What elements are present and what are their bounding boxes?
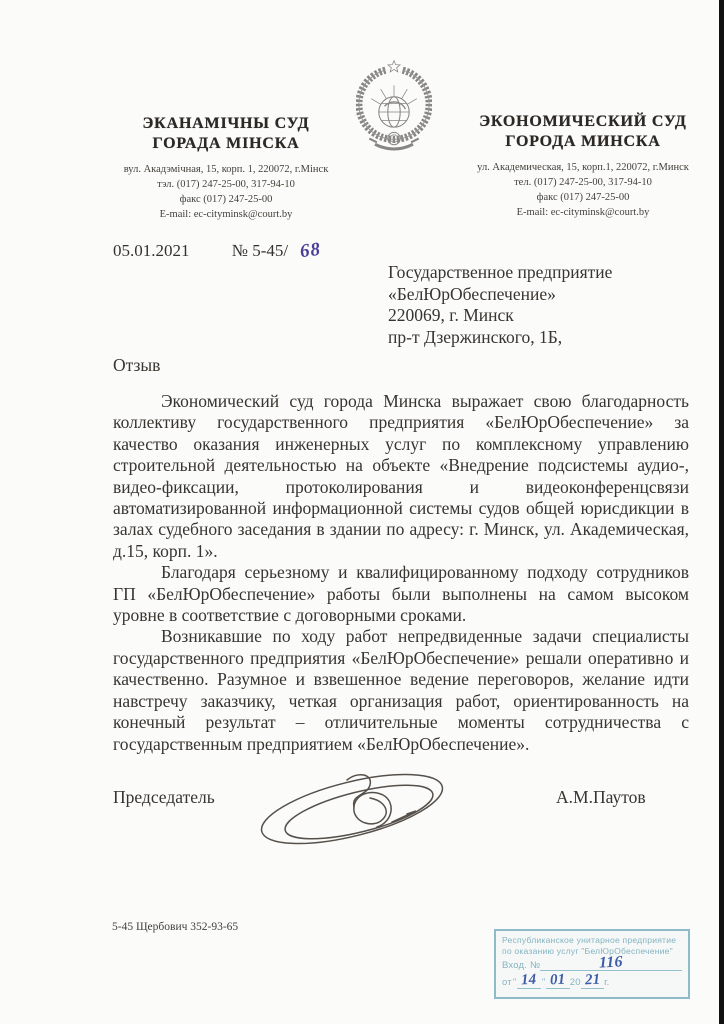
court-name-ru-line2: ГОРОДА МИНСКА bbox=[452, 132, 714, 152]
address-line: тел. (017) 247-25-00, 317-94-10 bbox=[452, 175, 714, 190]
address-line: ул. Академическая, 15, корп.1, 220072, г… bbox=[452, 160, 714, 175]
stamp-incoming-row: Вход. № 116 bbox=[502, 956, 682, 971]
stamp-year-line: 21 bbox=[581, 973, 604, 989]
address-line: факс (017) 247-25-00 bbox=[452, 190, 714, 205]
letter-date: 05.01.2021 bbox=[113, 241, 190, 260]
incoming-registration-stamp: Республиканское унитарное предприятие по… bbox=[494, 929, 690, 999]
handwritten-signature bbox=[252, 760, 457, 855]
letterhead-belarusian: ЭКАНАМІЧНЫ СУД ГОРАДА МІНСКА вул. Акадэм… bbox=[95, 114, 357, 222]
stamp-date-row: от " 14 " 01 20 21 г. bbox=[502, 973, 682, 989]
court-address-ru: ул. Академическая, 15, корп.1, 220072, г… bbox=[452, 160, 714, 220]
addressee-line: «БелЮрОбеспечение» bbox=[388, 284, 612, 306]
court-name-ru-line1: ЭКОНОМИЧЕСКИЙ СУД bbox=[452, 112, 714, 132]
address-line: факс (017) 247-25-00 bbox=[95, 192, 357, 207]
signer-position: Председатель bbox=[113, 787, 215, 808]
court-name-by-line2: ГОРАДА МІНСКА bbox=[95, 134, 357, 154]
scan-edge-artifact bbox=[719, 0, 724, 1024]
signer-name: А.М.Паутов bbox=[556, 787, 646, 808]
court-address-by: вул. Акадэмічная, 15, корп. 1, 220072, г… bbox=[95, 162, 357, 222]
body-paragraph: Благодаря серьезному и квалифицированном… bbox=[113, 562, 689, 626]
address-line: вул. Акадэмічная, 15, корп. 1, 220072, г… bbox=[95, 162, 357, 177]
stamp-org-line2: по оказанию услуг "БелЮрОбеспечение" bbox=[502, 946, 682, 957]
stamp-year-prefix: 20 bbox=[570, 978, 581, 989]
letter-body: Экономический суд города Минска выражает… bbox=[113, 391, 689, 755]
letter-number-handwritten: 68 bbox=[299, 239, 323, 263]
address-line: E-mail: ec-cityminsk@court.by bbox=[452, 205, 714, 220]
stamp-date-prefix: от bbox=[502, 978, 512, 989]
stamp-date-suffix: г. bbox=[604, 978, 609, 989]
body-paragraph: Возникавшие по ходу работ непредвиденные… bbox=[113, 626, 689, 754]
stamp-quote: " bbox=[542, 978, 546, 989]
body-paragraph: Экономический суд города Минска выражает… bbox=[113, 391, 689, 562]
addressee-block: Государственное предприятие «БелЮрОбеспе… bbox=[388, 262, 612, 348]
executor-note: 5-45 Щербович 352-93-65 bbox=[112, 921, 238, 933]
stamp-day-line: 14 bbox=[517, 973, 540, 989]
court-name-by-line1: ЭКАНАМІЧНЫ СУД bbox=[95, 114, 357, 134]
stamp-day-handwritten: 14 bbox=[521, 973, 537, 988]
subject-label: Отзыв bbox=[113, 355, 160, 376]
letterhead-russian: ЭКОНОМИЧЕСКИЙ СУД ГОРОДА МИНСКА ул. Акад… bbox=[452, 112, 714, 220]
coat-of-arms-belarus-icon bbox=[356, 58, 432, 164]
stamp-year-handwritten: 21 bbox=[584, 973, 600, 988]
stamp-incoming-label: Вход. № bbox=[502, 961, 540, 972]
stamp-number-line: 116 bbox=[540, 956, 682, 971]
scanned-letter-page: ЭКАНАМІЧНЫ СУД ГОРАДА МІНСКА вул. Акадэм… bbox=[0, 0, 724, 1024]
letter-number-prefix: № 5-45/ bbox=[232, 241, 288, 260]
addressee-line: Государственное предприятие bbox=[388, 262, 612, 284]
stamp-incoming-number-handwritten: 116 bbox=[599, 955, 623, 970]
address-line: тэл. (017) 247-25-00, 317-94-10 bbox=[95, 177, 357, 192]
address-line: E-mail: ec-cityminsk@court.by bbox=[95, 207, 357, 222]
stamp-quote: " bbox=[513, 978, 517, 989]
stamp-month-line: 01 bbox=[546, 973, 569, 989]
stamp-month-handwritten: 01 bbox=[550, 973, 566, 988]
stamp-org-line1: Республиканское унитарное предприятие bbox=[502, 935, 682, 946]
addressee-line: пр-т Дзержинского, 1Б, bbox=[388, 327, 612, 349]
addressee-line: 220069, г. Минск bbox=[388, 305, 612, 327]
reference-line: 05.01.2021 № 5-45/ 68 bbox=[113, 240, 321, 262]
